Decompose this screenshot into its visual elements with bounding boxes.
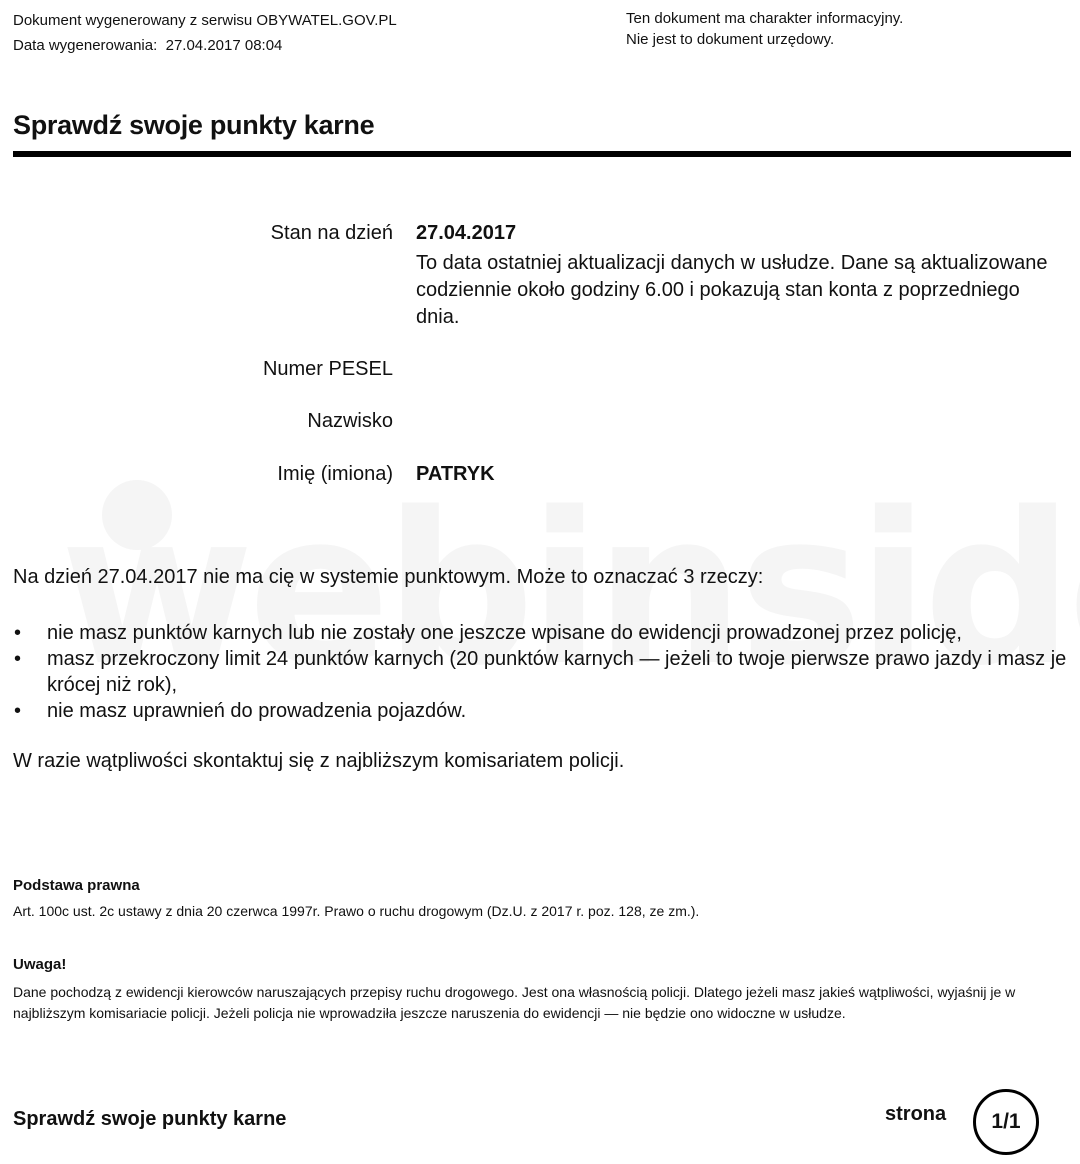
reason-text: nie masz punktów karnych lub nie zostały… — [47, 622, 962, 644]
disclaimer-line-2: Nie jest to dokument urzędowy. — [626, 29, 903, 50]
source-line: Dokument wygenerowany z serwisu OBYWATEL… — [13, 8, 397, 33]
footer-title: Sprawdź swoje punkty karne — [13, 1108, 286, 1131]
page-label: strona — [885, 1103, 946, 1126]
field-label: Imię (imiona) — [277, 463, 393, 486]
title-divider — [13, 151, 1071, 157]
document-header-right: Ten dokument ma charakter informacyjny. … — [626, 8, 903, 50]
page-title: Sprawdź swoje punkty karne — [13, 110, 374, 141]
disclaimer-line-1: Ten dokument ma charakter informacyjny. — [626, 8, 903, 29]
bullet-icon: • — [14, 620, 21, 646]
field-value: PATRYK — [416, 463, 495, 486]
list-item: •masz przekroczony limit 24 punktów karn… — [13, 646, 1073, 698]
legal-basis-heading: Podstawa prawna — [13, 877, 140, 894]
bullet-icon: • — [14, 646, 21, 672]
reason-text: nie masz uprawnień do prowadzenia pojazd… — [47, 700, 466, 722]
list-item: •nie masz punktów karnych lub nie został… — [13, 620, 1073, 646]
generated-label: Data wygenerowania: — [13, 37, 157, 54]
field-label: Stan na dzień — [271, 222, 393, 245]
field-value: 27.04.2017 — [416, 222, 516, 245]
field-label: Numer PESEL — [263, 358, 393, 381]
generated-value: 27.04.2017 08:04 — [166, 37, 283, 54]
bullet-icon: • — [14, 698, 21, 724]
notice-text: Dane pochodzą z ewidencji kierowców naru… — [13, 982, 1073, 1024]
page-number: 1/1 — [991, 1110, 1020, 1134]
notice-heading: Uwaga! — [13, 956, 66, 973]
list-item: •nie masz uprawnień do prowadzenia pojaz… — [13, 698, 1073, 724]
field-label: Nazwisko — [307, 410, 393, 433]
status-intro: Na dzień 27.04.2017 nie ma cię w systemi… — [13, 566, 763, 589]
document-header-left: Dokument wygenerowany z serwisu OBYWATEL… — [13, 8, 397, 58]
reason-text: masz przekroczony limit 24 punktów karny… — [47, 648, 1066, 696]
field-note: To data ostatniej aktualizacji danych w … — [416, 250, 1066, 331]
watermark-logo-icon — [102, 480, 172, 550]
contact-advice: W razie wątpliwości skontaktuj się z naj… — [13, 750, 624, 773]
legal-basis-text: Art. 100c ust. 2c ustawy z dnia 20 czerw… — [13, 903, 699, 919]
generated-line: Data wygenerowania: 27.04.2017 08:04 — [13, 33, 397, 58]
page-number-badge: 1/1 — [973, 1089, 1039, 1155]
reasons-list: •nie masz punktów karnych lub nie został… — [13, 620, 1073, 724]
